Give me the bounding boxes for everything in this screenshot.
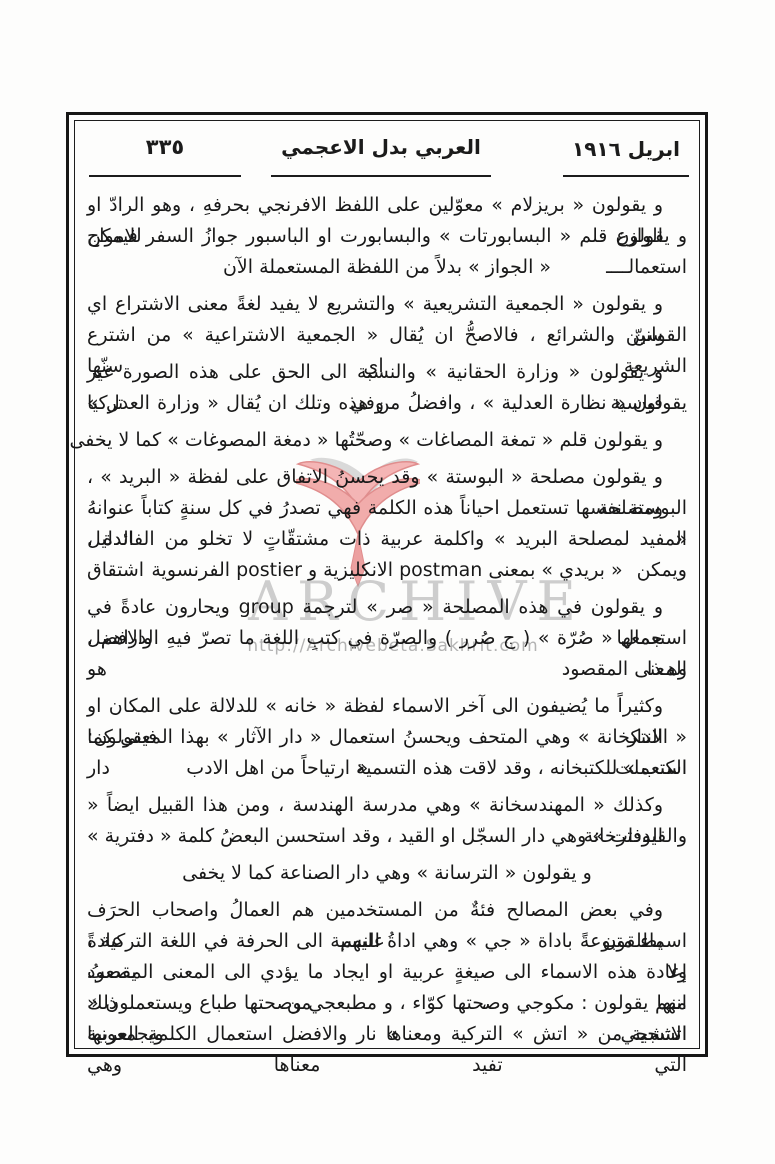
paragraph: و يقولون « وزارة الحقانية » والنسبة الى … [87, 357, 687, 419]
paragraph: و يقولون في هذه المصلحة « صر » لترجمة gr… [87, 592, 687, 685]
text-line: استعمال « صُرّة » ( ج صُرر ) والصرّة في … [87, 623, 687, 654]
paragraph: وكثيراً ما يُضيفون الى آخر الاسماء لفظة … [87, 691, 687, 784]
text-line: « الجواز » بدلاً من اللفظة المستعملة الآ… [87, 252, 687, 283]
text-line: و يقولون في هذه المصلحة « صر » لترجمة gr… [87, 592, 687, 623]
text-line: و يقولون قلم « تمغة المصاغات » وصحّتُها … [87, 425, 687, 456]
text-line: و يقولون « الترسانة » وهي دار الصناعة كم… [87, 858, 687, 889]
paragraph: وفي بعض المصالح فئةٌ من المستخدمين هم ال… [87, 895, 687, 1050]
text-line: و يقولون « الجمعية التشريعية » والتشريع … [87, 289, 687, 320]
paragraph: و يقولون « بريزلام » معوّلين على اللفظ ا… [87, 190, 687, 283]
text-line: اتشجية من « اتش » التركية ومعناها نار وا… [87, 1019, 687, 1050]
text-line: إعادة هذه الاسماء الى صيغةٍ عربية او ايج… [87, 957, 687, 988]
text-line: القوانين والشرائع ، فالاصحُّ ان يُقال « … [87, 320, 687, 351]
text-line: اسماء متبوعةً باداة « جي » وهي اداةُ الن… [87, 926, 687, 957]
text-line: و يقولون قلم « البسابورتات » والبسابورت … [87, 221, 687, 252]
header-date: ابريل ١٩١٦ [563, 129, 689, 177]
header-page-number: ٣٣٥ [89, 129, 241, 177]
text-line: وكثيراً ما يُضيفون الى آخر الاسماء لفظة … [87, 691, 687, 722]
paragraph: و يقولون « الترسانة » وهي دار الصناعة كم… [87, 858, 687, 889]
text-line: انهم يقولون : مكوجي وصحتها كوّاء ، و مطب… [87, 988, 687, 1019]
text-line: والقيودات » وهي دار السجّل او القيد ، وق… [87, 821, 687, 852]
page-inner-frame: ابريل ١٩١٦ العربي بدل الاعجمي ٣٣٥ و يقول… [74, 120, 700, 1049]
text-line: المفيد لمصلحة البريد » واكلمة عربية ذات … [87, 524, 687, 555]
paragraph: و يقولون مصلحة « البوستة » وقد يحسنُ الا… [87, 462, 687, 586]
paragraph: وكذلك « المهندسخانة » وهي مدرسة الهندسة … [87, 790, 687, 852]
article-body: و يقولون « بريزلام » معوّلين على اللفظ ا… [83, 181, 691, 1050]
text-line: و يقولون « بريزلام » معوّلين على اللفظ ا… [87, 190, 687, 221]
text-line: و يقولون مصلحة « البوستة » وقد يحسنُ الا… [87, 462, 687, 493]
header-title: العربي بدل الاعجمي [271, 129, 491, 177]
page-header: ابريل ١٩١٦ العربي بدل الاعجمي ٣٣٥ [83, 129, 691, 181]
paragraph: و يقولون قلم « تمغة المصاغات » وصحّتُها … [87, 425, 687, 456]
text-line: « الانتكخانة » وهي المتحف ويحسنُ استعمال… [87, 722, 687, 753]
page-border-frame: ابريل ١٩١٦ العربي بدل الاعجمي ٣٣٥ و يقول… [66, 112, 708, 1057]
text-line: يقولون « نظارة العدلية » ، وافضلُ من هذه… [87, 388, 687, 419]
text-line: البوستة نفسها تستعمل احياناً هذه الكلمة … [87, 493, 687, 524]
text-line: « بريدي » بمعنى postman الانكليزية و pos… [87, 555, 687, 586]
scanned-page: ARCHIVE http://Archivebeta.Sakhrit.com ا… [0, 0, 775, 1164]
paragraph: و يقولون « الجمعية التشريعية » والتشريع … [87, 289, 687, 351]
text-line: وكذلك « المهندسخانة » وهي مدرسة الهندسة … [87, 790, 687, 821]
text-line: و يقولون « وزارة الحقانية » والنسبة الى … [87, 357, 687, 388]
text-line: وفي بعض المصالح فئةٌ من المستخدمين هم ال… [87, 895, 687, 926]
